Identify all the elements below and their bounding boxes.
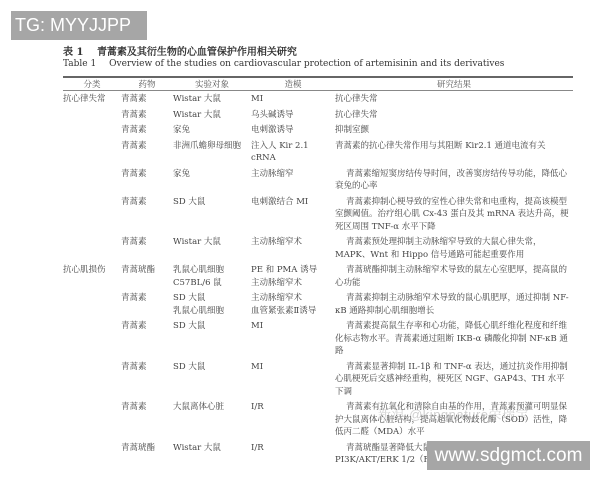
table-row: 青蒿素非洲爪蟾卵母细胞注入人 Kir 2.1 cRNA青蒿素的抗心律失常作用与其… bbox=[63, 137, 573, 165]
cell-category: 抗心律失常 bbox=[63, 90, 121, 106]
cell-model: 主动脉缩窄术 血管紧张素Ⅱ诱导 bbox=[251, 289, 335, 317]
cell-category bbox=[63, 398, 121, 439]
cell-model: PE 和 PMA 诱导 主动脉缩窄术 bbox=[251, 261, 335, 289]
cell-category bbox=[63, 137, 121, 165]
cell-drug: 青蒿素 bbox=[121, 137, 173, 165]
cell-drug: 青蒿琥酯 bbox=[121, 439, 173, 467]
table-caption-chinese: 表 1 青蒿素及其衍生物的心血管保护作用相关研究 bbox=[63, 43, 297, 58]
table-row: 青蒿素家兔电刺激诱导抑制室颤 bbox=[63, 121, 573, 137]
cell-drug: 青蒿素 bbox=[121, 193, 173, 234]
cell-subject: 家兔 bbox=[173, 165, 251, 193]
cell-model: 乌头碱诱导 bbox=[251, 106, 335, 122]
cell-model: MI bbox=[251, 317, 335, 358]
cell-drug: 青蒿素 bbox=[121, 398, 173, 439]
cell-model: 主动脉缩窄 bbox=[251, 165, 335, 193]
cell-subject: Wistar 大鼠 bbox=[173, 233, 251, 261]
header-subject: 实验对象 bbox=[173, 77, 251, 90]
cell-drug: 青蒿素 bbox=[121, 358, 173, 399]
cell-result: 青蒿素抑制心梗导致的室性心律失常和电重构，提高该模型室颤阈值。治疗组心肌 Cx-… bbox=[335, 193, 573, 234]
cell-subject: SD 大鼠 bbox=[173, 358, 251, 399]
table-row: 青蒿素家兔主动脉缩窄青蒿素缩短窦房结传导时间，改善窦房结传导功能，降低心衰兔的心… bbox=[63, 165, 573, 193]
cell-model: 电刺激诱导 bbox=[251, 121, 335, 137]
cell-subject: Wistar 大鼠 bbox=[173, 439, 251, 467]
header-category: 分类 bbox=[63, 77, 121, 90]
cell-result: 青蒿素缩短窦房结传导时间，改善窦房结传导功能，降低心衰兔的心率 bbox=[335, 165, 573, 193]
header-result: 研究结果 bbox=[335, 77, 573, 90]
cell-model: MI bbox=[251, 358, 335, 399]
cell-drug: 青蒿素 bbox=[121, 165, 173, 193]
cell-result: 抑制室颤 bbox=[335, 121, 573, 137]
cell-subject: SD 大鼠 乳鼠心肌细胞 bbox=[173, 289, 251, 317]
header-model: 造模 bbox=[251, 77, 335, 90]
cell-drug: 青蒿素 bbox=[121, 233, 173, 261]
caption-number-cn: 表 1 bbox=[63, 47, 83, 58]
cell-category: 抗心肌损伤 bbox=[63, 261, 121, 289]
cell-subject: 非洲爪蟾卵母细胞 bbox=[173, 137, 251, 165]
caption-title-en: Overview of the studies on cardiovascula… bbox=[109, 59, 504, 69]
cell-category bbox=[63, 165, 121, 193]
table-row: 青蒿素SD 大鼠 乳鼠心肌细胞主动脉缩窄术 血管紧张素Ⅱ诱导青蒿素抑制主动脉缩窄… bbox=[63, 289, 573, 317]
cell-model: 注入人 Kir 2.1 cRNA bbox=[251, 137, 335, 165]
cell-model: MI bbox=[251, 90, 335, 106]
cell-drug: 青蒿素 bbox=[121, 106, 173, 122]
table-row: 青蒿素Wistar 大鼠乌头碱诱导抗心律失常 bbox=[63, 106, 573, 122]
cell-subject: 家兔 bbox=[173, 121, 251, 137]
cell-result: 青蒿素抑制主动脉缩窄术导致的鼠心肌肥厚，通过抑制 NF-κB 通路抑制心肌细胞增… bbox=[335, 289, 573, 317]
cell-subject: SD 大鼠 bbox=[173, 193, 251, 234]
cell-subject: 大鼠离体心脏 bbox=[173, 398, 251, 439]
cell-category bbox=[63, 233, 121, 261]
header-drug: 药物 bbox=[121, 77, 173, 90]
table-header-row: 分类 药物 实验对象 造模 研究结果 bbox=[63, 77, 573, 90]
cell-subject: SD 大鼠 bbox=[173, 317, 251, 358]
cell-result: 青蒿素显著抑制 IL-1β 和 TNF-α 表达，通过抗炎作用抑制心肌梗死后交感… bbox=[335, 358, 573, 399]
cell-model: 主动脉缩窄术 bbox=[251, 233, 335, 261]
cell-result: 抗心律失常 bbox=[335, 106, 573, 122]
table-row: 青蒿素SD 大鼠MI青蒿素提高鼠生存率和心功能，降低心肌纤维化程度和纤维化标志物… bbox=[63, 317, 573, 358]
cell-drug: 青蒿素 bbox=[121, 317, 173, 358]
cell-result: 青蒿琥酯抑制主动脉缩窄术导致的鼠左心室肥厚，提高鼠的心功能 bbox=[335, 261, 573, 289]
cell-model: I/R bbox=[251, 439, 335, 467]
table-caption-english: Table 1 Overview of the studies on cardi… bbox=[63, 59, 504, 69]
cell-result: 青蒿素预处理抑制主动脉缩窄导致的大鼠心律失常，MAPK、Wnt 和 Hippo … bbox=[335, 233, 573, 261]
caption-number-en: Table 1 bbox=[63, 59, 96, 69]
cell-model: 电刺激结合 MI bbox=[251, 193, 335, 234]
cell-drug: 青蒿素 bbox=[121, 289, 173, 317]
cell-category bbox=[63, 121, 121, 137]
cell-result: 青蒿素提高鼠生存率和心功能，降低心肌纤维化程度和纤维化标志物水平。青蒿素通过阻断… bbox=[335, 317, 573, 358]
cell-subject: Wistar 大鼠 bbox=[173, 90, 251, 106]
cell-category bbox=[63, 106, 121, 122]
watermark-bottom-right: www.sdgmct.com bbox=[427, 441, 590, 470]
table-row: 青蒿素Wistar 大鼠主动脉缩窄术青蒿素预处理抑制主动脉缩窄导致的大鼠心律失常… bbox=[63, 233, 573, 261]
cell-subject: 乳鼠心肌细胞 C57BL/6 鼠 bbox=[173, 261, 251, 289]
cell-drug: 青蒿素 bbox=[121, 90, 173, 106]
cell-drug: 青蒿琥酯 bbox=[121, 261, 173, 289]
watermark-faint: 新浪 @kingnature荣瑞宝 bbox=[378, 404, 529, 423]
cell-category bbox=[63, 439, 121, 467]
cell-category bbox=[63, 193, 121, 234]
cell-category bbox=[63, 358, 121, 399]
cell-result: 青蒿素的抗心律失常作用与其阻断 Kir2.1 通道电流有关 bbox=[335, 137, 573, 165]
cell-drug: 青蒿素 bbox=[121, 121, 173, 137]
watermark-top-left: TG: MYYJJPP bbox=[11, 11, 147, 40]
table-row: 青蒿素SD 大鼠电刺激结合 MI青蒿素抑制心梗导致的室性心律失常和电重构，提高该… bbox=[63, 193, 573, 234]
cell-model: I/R bbox=[251, 398, 335, 439]
cell-category bbox=[63, 289, 121, 317]
cell-category bbox=[63, 317, 121, 358]
cell-subject: Wistar 大鼠 bbox=[173, 106, 251, 122]
table-row: 青蒿素SD 大鼠MI青蒿素显著抑制 IL-1β 和 TNF-α 表达，通过抗炎作… bbox=[63, 358, 573, 399]
table-row: 抗心律失常青蒿素Wistar 大鼠MI抗心律失常 bbox=[63, 90, 573, 106]
table-row: 抗心肌损伤青蒿琥酯乳鼠心肌细胞 C57BL/6 鼠PE 和 PMA 诱导 主动脉… bbox=[63, 261, 573, 289]
caption-title-cn: 青蒿素及其衍生物的心血管保护作用相关研究 bbox=[97, 47, 297, 58]
cell-result: 抗心律失常 bbox=[335, 90, 573, 106]
